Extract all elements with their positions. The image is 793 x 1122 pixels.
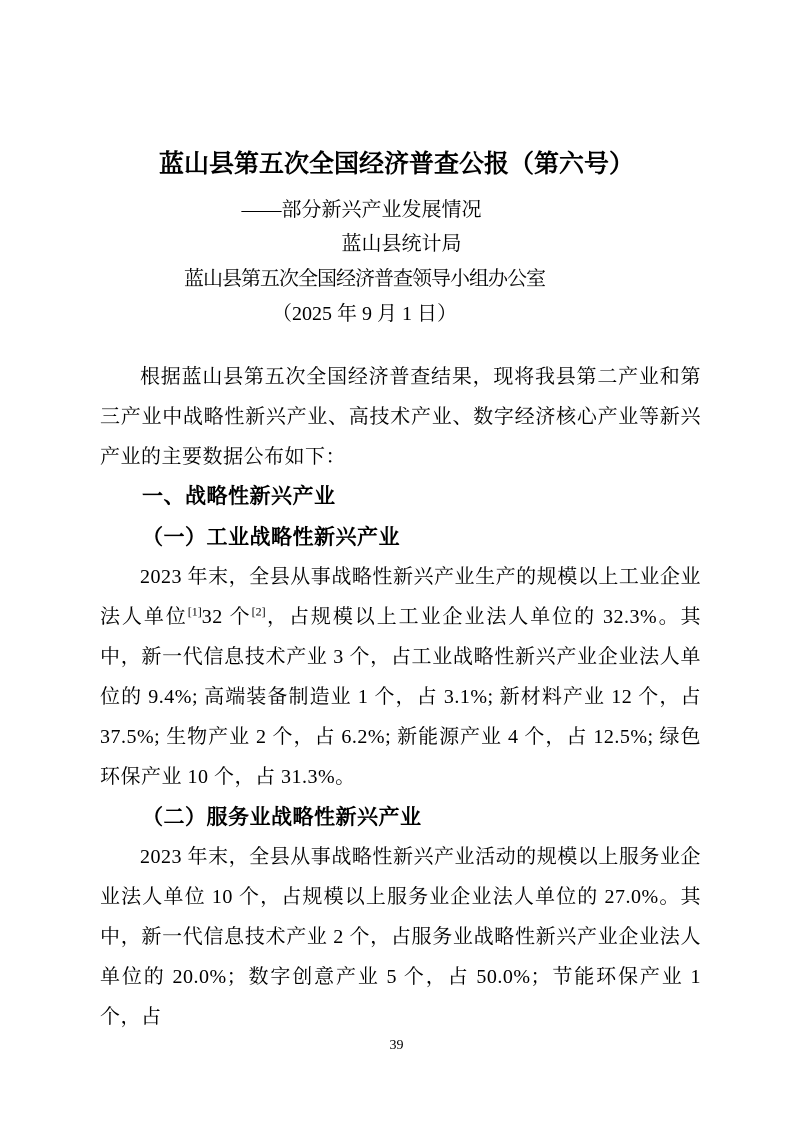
paragraph-industrial-data: 2023 年末，全县从事战略性新兴产业生产的规模以上工业企业法人单位[1]32 …	[100, 557, 701, 797]
document-subtitle: ——部分新兴产业发展情况	[0, 193, 758, 227]
subsection-heading-industrial-strategic-emerging: （一）工业战略性新兴产业	[100, 517, 701, 557]
paragraph-service-data: 2023 年末，全县从事战略性新兴产业活动的规模以上服务业企业法人单位 10 个…	[100, 837, 701, 1037]
document-page: 蓝山县第五次全国经济普查公报（第六号） ——部分新兴产业发展情况 蓝山县统计局 …	[0, 0, 793, 1122]
issuer-census-leading-group-office: 蓝山县第五次全国经济普查领导小组办公室	[0, 262, 761, 297]
paragraph-industrial-text-mid: 32 个	[202, 606, 252, 628]
intro-paragraph: 根据蓝山县第五次全国经济普查结果，现将我县第二产业和第三产业中战略性新兴产业、高…	[100, 357, 701, 477]
document-body: 根据蓝山县第五次全国经济普查结果，现将我县第二产业和第三产业中战略性新兴产业、高…	[100, 357, 701, 1037]
footnote-marker-1: [1]	[188, 604, 202, 618]
document-title: 蓝山县第五次全国经济普查公报（第六号）	[0, 144, 793, 184]
paragraph-industrial-text-post: ，占规模以上工业企业法人单位的 32.3%。其中，新一代信息技术产业 3 个，占…	[100, 606, 701, 788]
document-date: （2025 年 9 月 1 日）	[0, 297, 761, 332]
footnote-marker-2: [2]	[252, 604, 266, 618]
section-heading-strategic-emerging-industries: 一、战略性新兴产业	[100, 477, 701, 517]
issuer-statistics-bureau: 蓝山县统计局	[5, 227, 793, 262]
page-number: 39	[0, 1036, 793, 1056]
subsection-heading-service-strategic-emerging: （二）服务业战略性新兴产业	[100, 797, 701, 837]
